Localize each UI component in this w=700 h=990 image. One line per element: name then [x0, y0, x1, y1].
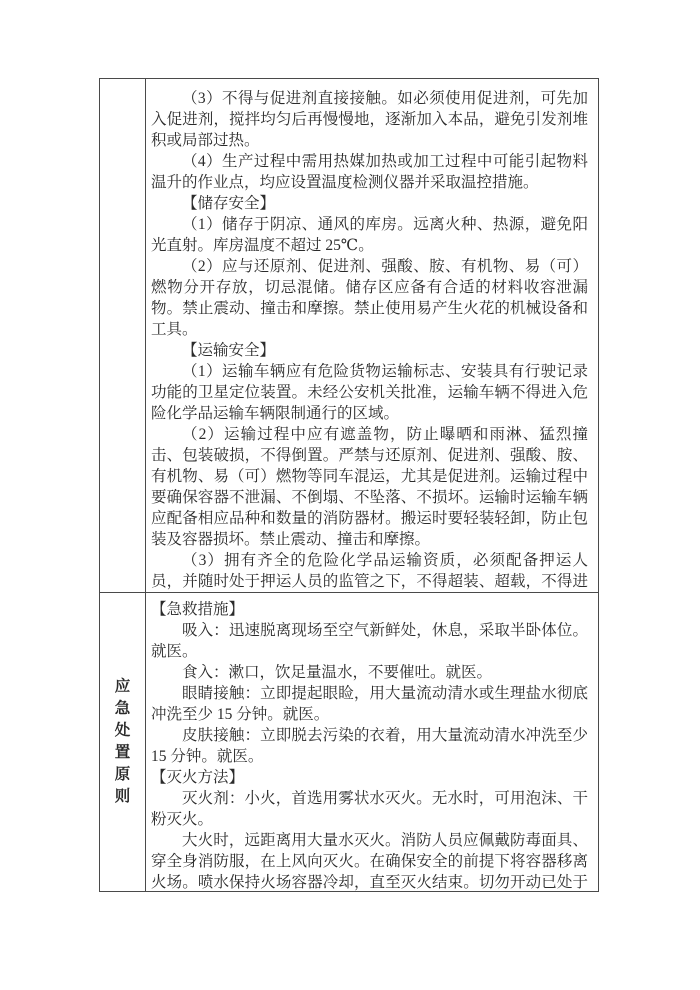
label-char: 则: [115, 786, 131, 808]
label-char: 原: [115, 764, 131, 786]
paragraph: 食入：漱口，饮足量温水，不要催吐。就医。: [151, 662, 588, 683]
document-page: （3）不得与促进剂直接接触。如必须使用促进剂，可先加入促进剂，搅拌均匀后再慢慢地…: [0, 0, 700, 990]
paragraph: 灭火剂：小火，首选用雾状水灭火。无水时，可用泡沫、干粉灭火。: [151, 788, 588, 830]
paragraph: （4）生产过程中需用热媒加热或加工过程中可能引起物料温升的作业点，均应设置温度检…: [151, 151, 588, 193]
paragraph: 吸入：迅速脱离现场至空气新鲜处，休息，采取半卧体位。就医。: [151, 620, 588, 662]
paragraph: 大火时，远距离用大量水灭火。消防人员应佩戴防毒面具、穿全身消防服，在上风向灭火。…: [151, 830, 588, 891]
paragraph: 【灭火方法】: [151, 767, 588, 788]
row-label-cell: 应急处置原则: [100, 593, 146, 891]
paragraph: 【运输安全】: [151, 340, 588, 361]
paragraph: （3）不得与促进剂直接接触。如必须使用促进剂，可先加入促进剂，搅拌均匀后再慢慢地…: [151, 88, 588, 151]
label-char: 应: [115, 676, 131, 698]
paragraph: 皮肤接触：立即脱去污染的衣着，用大量流动清水冲洗至少 15 分钟。就医。: [151, 725, 588, 767]
paragraph: （1）储存于阴凉、通风的库房。远离火种、热源，避免阳光直射。库房温度不超过 25…: [151, 214, 588, 256]
paragraph: 【急救措施】: [151, 599, 588, 620]
safety-info-table: （3）不得与促进剂直接接触。如必须使用促进剂，可先加入促进剂，搅拌均匀后再慢慢地…: [99, 78, 599, 892]
paragraph: （3）拥有齐全的危险化学品运输资质，必须配备押运人员，并随时处于押运人员的监管之…: [151, 550, 588, 592]
paragraph: 【储存安全】: [151, 193, 588, 214]
paragraph: （2）运输过程中应有遮盖物，防止曝晒和雨淋、猛烈撞击、包装破损，不得倒置。严禁与…: [151, 424, 588, 550]
row-label-cell-empty: [100, 79, 146, 592]
row-content-emergency-text: 【急救措施】吸入：迅速脱离现场至空气新鲜处，休息，采取半卧体位。就医。食入：漱口…: [146, 593, 598, 891]
row-label-emergency-response-principles: 应急处置原则: [115, 676, 131, 808]
label-char: 置: [115, 742, 131, 764]
paragraph: （1）运输车辆应有危险货物运输标志、安装具有行驶记录功能的卫星定位装置。未经公安…: [151, 361, 588, 424]
row-content-safety-text: （3）不得与促进剂直接接触。如必须使用促进剂，可先加入促进剂，搅拌均匀后再慢慢地…: [146, 79, 598, 592]
table-row-safety-continuation: （3）不得与促进剂直接接触。如必须使用促进剂，可先加入促进剂，搅拌均匀后再慢慢地…: [100, 79, 598, 592]
label-char: 处: [115, 720, 131, 742]
paragraph: （2）应与还原剂、促进剂、强酸、胺、有机物、易（可）燃物分开存放，切忌混储。储存…: [151, 256, 588, 340]
paragraph: 眼睛接触：立即提起眼睑，用大量流动清水或生理盐水彻底冲洗至少 15 分钟。就医。: [151, 683, 588, 725]
table-row-emergency-response: 应急处置原则 【急救措施】吸入：迅速脱离现场至空气新鲜处，休息，采取半卧体位。就…: [100, 592, 598, 891]
label-char: 急: [115, 698, 131, 720]
